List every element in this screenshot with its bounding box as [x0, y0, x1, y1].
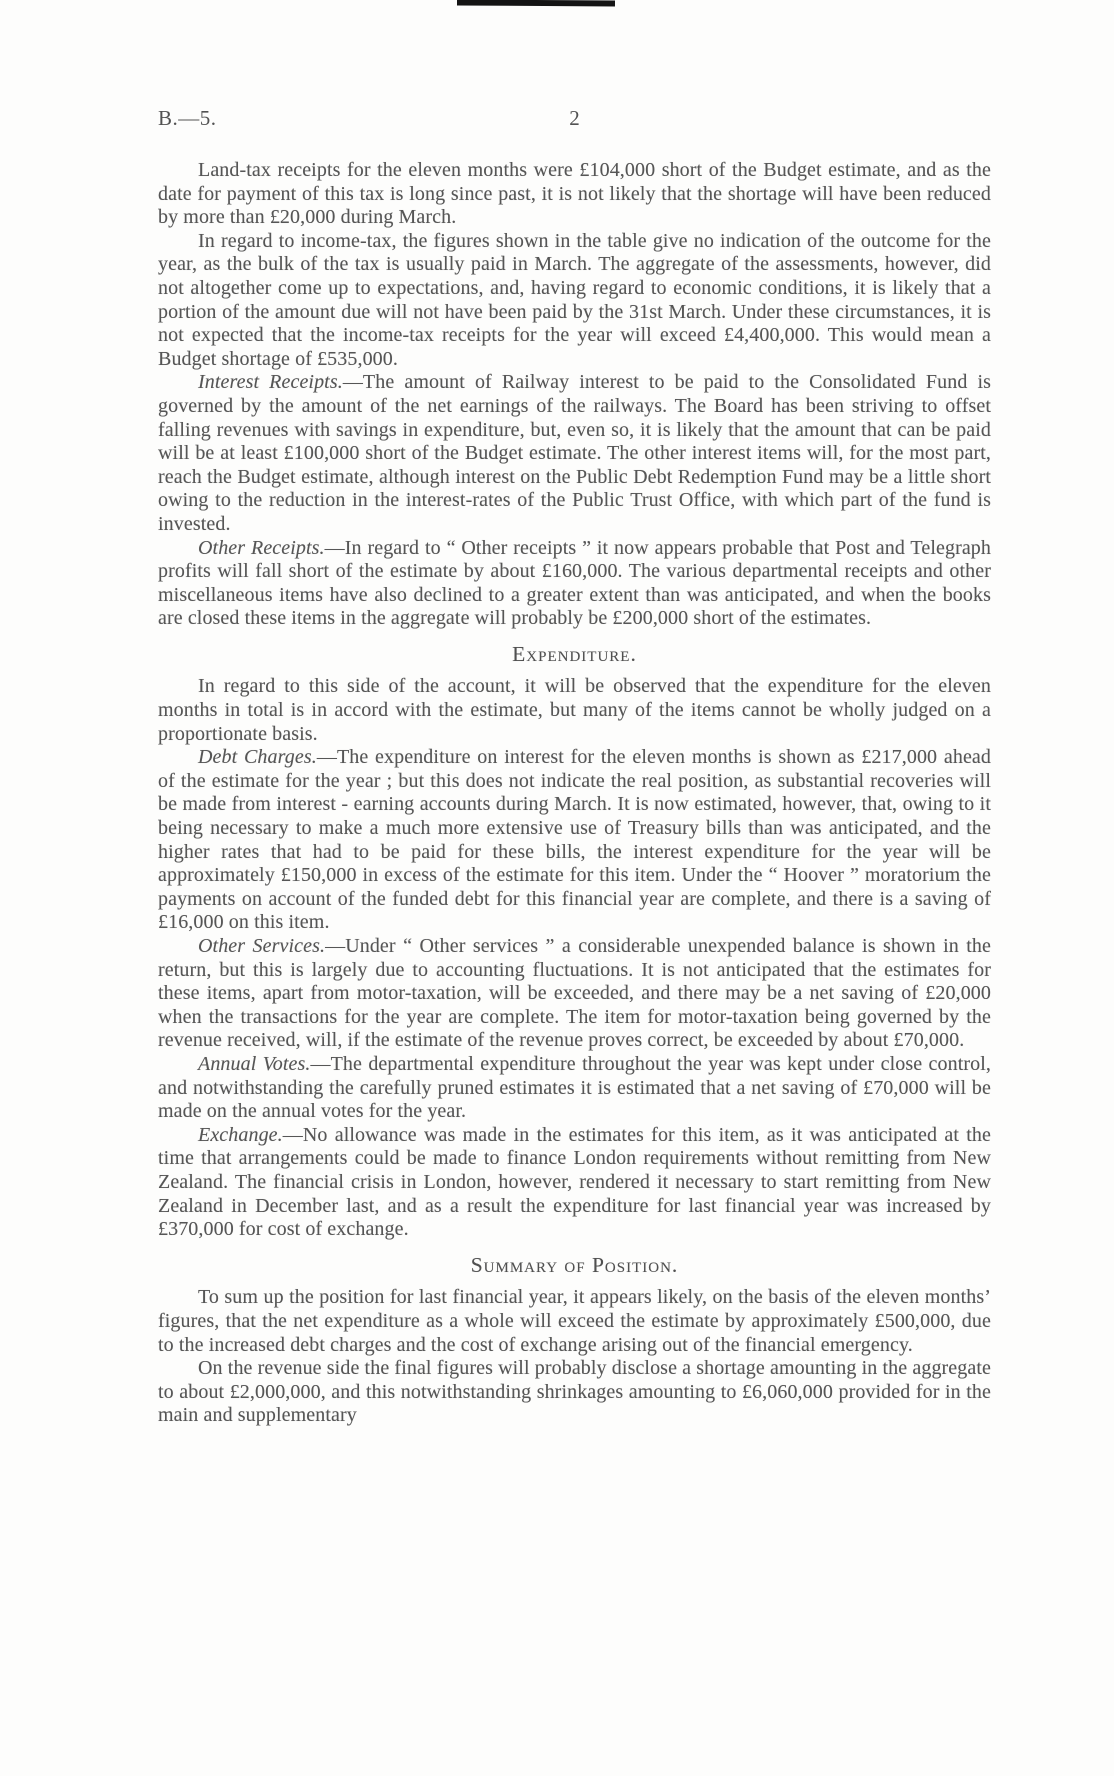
paragraph-lead-italic: Debt Charges. — [198, 746, 317, 768]
paragraph-lead-italic: Exchange. — [198, 1124, 283, 1146]
paragraph: Debt Charges.—The expenditure on interes… — [158, 746, 991, 935]
paragraph: In regard to this side of the account, i… — [158, 675, 991, 746]
scan-artifact-bar — [457, 0, 615, 7]
paragraph-lead-italic: Annual Votes. — [198, 1053, 311, 1075]
paragraph: Other Receipts.—In regard to “ Other rec… — [158, 537, 991, 631]
paragraph: Annual Votes.—The departmental expenditu… — [158, 1053, 991, 1124]
page-number: 2 — [569, 106, 580, 131]
paragraph: On the revenue side the final figures wi… — [158, 1357, 991, 1428]
page-content: B.—5. 2 Land-tax receipts for the eleven… — [158, 106, 991, 1428]
paragraph-lead-italic: Other Receipts. — [198, 537, 325, 559]
scanned-document-page: { "page": { "doc_ref": "B.—5.", "page_nu… — [0, 0, 1114, 1776]
document-reference: B.—5. — [158, 106, 217, 131]
document-body: Land-tax receipts for the eleven months … — [158, 159, 991, 1428]
page-header: B.—5. 2 — [158, 106, 991, 132]
section-heading: Summary of Position. — [158, 1254, 991, 1278]
paragraph: Other Services.—Under “ Other services ”… — [158, 935, 991, 1053]
section-heading: Expenditure. — [158, 643, 991, 667]
paragraph-lead-italic: Interest Receipts. — [198, 371, 343, 393]
paragraph-lead-italic: Other Services. — [198, 935, 325, 957]
paragraph: Land-tax receipts for the eleven months … — [158, 159, 991, 230]
paragraph: Interest Receipts.—The amount of Railway… — [158, 371, 991, 536]
paragraph: In regard to income-tax, the figures sho… — [158, 230, 991, 372]
paragraph: To sum up the position for last financia… — [158, 1286, 991, 1357]
paragraph: Exchange.—No allowance was made in the e… — [158, 1124, 991, 1242]
